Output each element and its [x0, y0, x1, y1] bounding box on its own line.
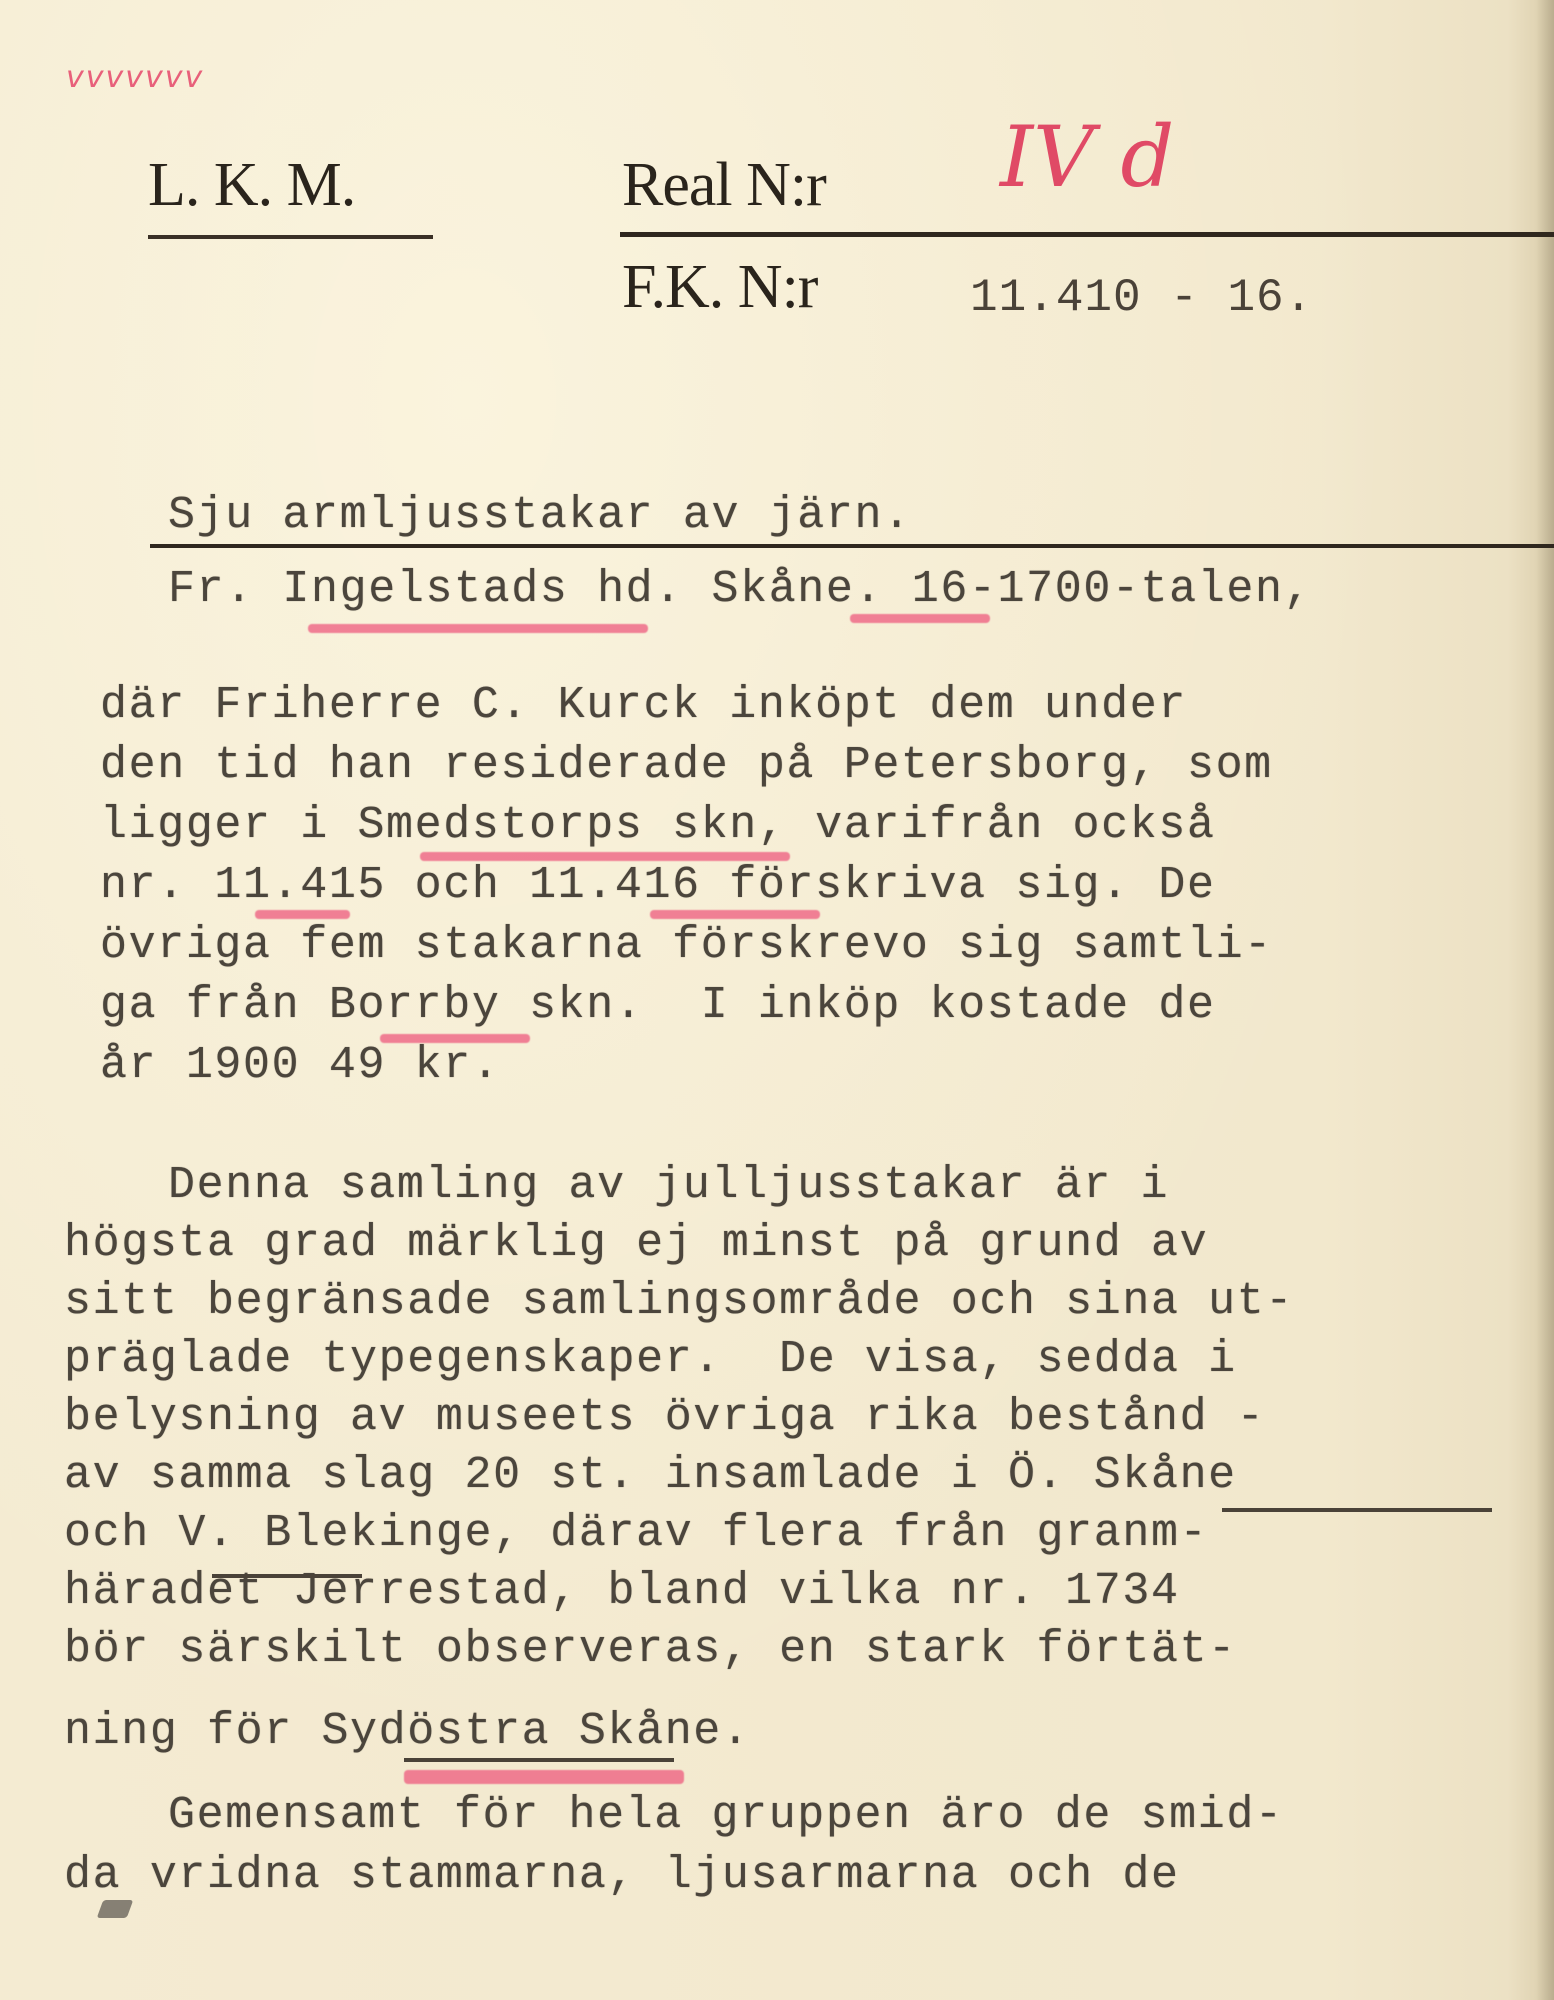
margin-check-marks: vvvvvvv: [66, 60, 204, 95]
text-line: präglade typegenskaper. De visa, sedda i: [64, 1334, 1237, 1385]
text-line: sitt begränsade samlingsområde och sina …: [64, 1276, 1294, 1327]
document-title: Sju armljusstakar av järn.: [168, 490, 912, 541]
text-line: den tid han residerade på Petersborg, so…: [100, 740, 1273, 791]
text-line: övriga fem stakarna förskrevo sig samtli…: [100, 920, 1273, 971]
museum-underline: [148, 235, 433, 239]
page-edge: [1536, 0, 1554, 2000]
text-line: ligger i Smedstorps skn, varifrån också: [100, 800, 1216, 851]
real-number-label: Real N:r: [622, 150, 826, 221]
text-line: där Friherre C. Kurck inköpt dem under: [100, 680, 1187, 731]
title-rule: [150, 544, 1554, 548]
text-line: Denna samling av julljusstakar är i: [168, 1160, 1169, 1211]
text-line: ning för Sydöstra Skåne.: [64, 1706, 751, 1757]
red-underline-11416: [650, 910, 820, 919]
text-line: och V. Blekinge, därav flera från granm-: [64, 1508, 1208, 1559]
text-line: da vridna stammarna, ljusarmarna och de: [64, 1850, 1180, 1901]
red-underline-sydostra: [404, 1770, 684, 1784]
real-number-value: IV d: [1000, 108, 1174, 206]
red-underline-ingelstads: [308, 624, 648, 633]
red-underline-skane: [850, 614, 990, 623]
text-line: bör särskilt observeras, en stark förtät…: [64, 1624, 1237, 1675]
underline-o-skane: [1222, 1508, 1492, 1512]
underline-v-blekinge: [212, 1574, 362, 1578]
text-line: belysning av museets övriga rika bestånd…: [64, 1392, 1265, 1443]
fk-number-label: F.K. N:r: [622, 252, 817, 323]
text-line: högsta grad märklig ej minst på grund av: [64, 1218, 1208, 1269]
underline-sydostra: [404, 1758, 674, 1762]
origin-line: Fr. Ingelstads hd. Skåne. 16-1700-talen,: [168, 564, 1312, 615]
text-line: nr. 11.415 och 11.416 förskriva sig. De: [100, 860, 1216, 911]
text-line: år 1900 49 kr.: [100, 1040, 500, 1091]
museum-label: L. K. M.: [148, 150, 355, 221]
text-line: av samma slag 20 st. insamlade i Ö. Skån…: [64, 1450, 1237, 1501]
fk-number-value: 11.410 - 16.: [970, 272, 1313, 324]
text-line: Gemensamt för hela gruppen äro de smid-: [168, 1790, 1284, 1841]
red-underline-smedstorps: [420, 852, 790, 861]
header-rule: [620, 232, 1554, 237]
red-underline-11415: [255, 910, 350, 919]
red-underline-borrby: [380, 1034, 530, 1043]
text-line: ga från Borrby skn. I inköp kostade de: [100, 980, 1216, 1031]
